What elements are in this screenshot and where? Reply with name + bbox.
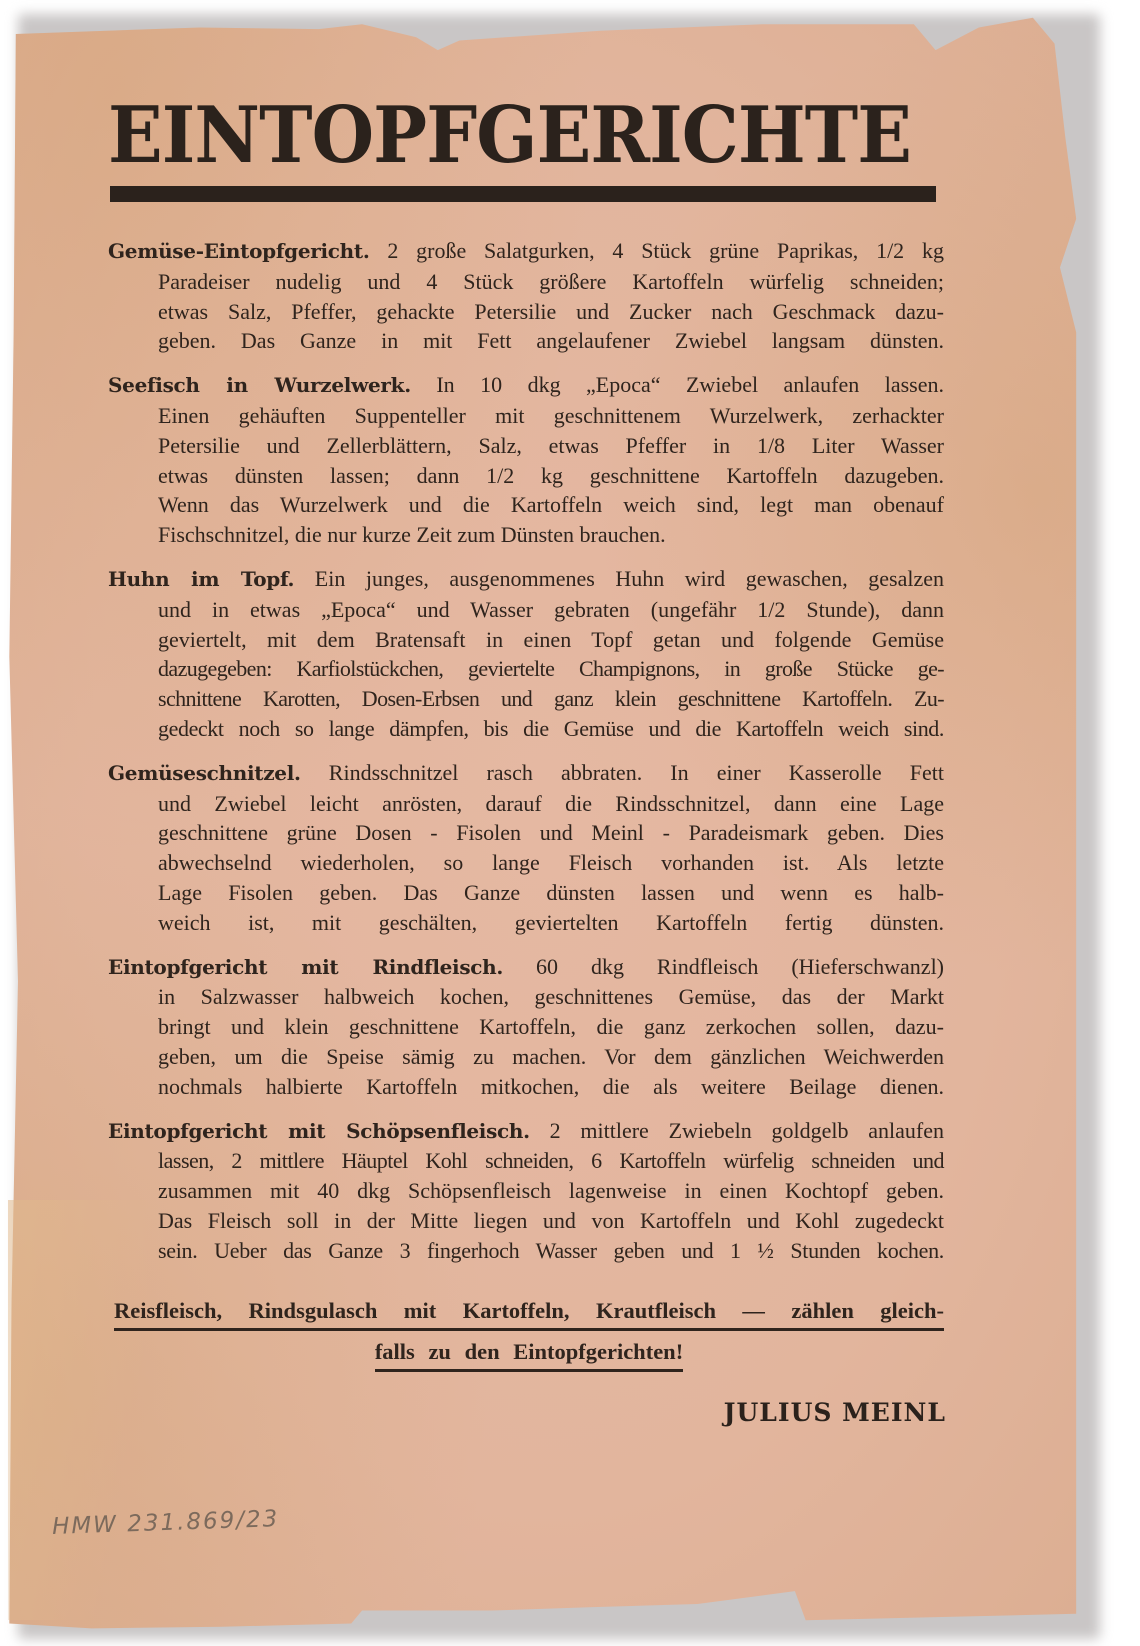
recipe-name: Gemüseschnitzel.	[108, 761, 301, 785]
recipe-line: weich ist, mit geschälten, geviertelten …	[108, 908, 944, 938]
recipe-line: Das Fleisch soll in der Mitte liegen und…	[108, 1206, 944, 1236]
recipe-line: Eintopfgericht mit Rindfleisch. 60 dkg R…	[108, 952, 944, 983]
recipe-line: Einen gehäuften Suppenteller mit geschni…	[108, 401, 944, 431]
recipe-line: abwechselnd wiederholen, so lange Fleisc…	[108, 848, 944, 878]
recipe-huhn-im-topf: Huhn im Topf. Ein junges, ausgenommenes …	[108, 564, 944, 744]
recipe-eintopfgericht-mit-schoepsenfleisch: Eintopfgericht mit Schöpsenfleisch. 2 mi…	[108, 1116, 944, 1266]
recipe-line: nochmals halbierte Kartoffeln mitkochen,…	[108, 1072, 944, 1102]
recipe-name: Seefisch in Wurzelwerk.	[108, 373, 411, 397]
recipe-line: geben. Das Ganze in mit Fett angelaufene…	[108, 326, 944, 356]
footer-note-line-2: falls zu den Eintopfgerichten!	[375, 1337, 683, 1372]
recipe-line: in Salzwasser halbweich kochen, geschnit…	[108, 982, 944, 1012]
recipe-name: Eintopfgericht mit Schöpsenfleisch.	[108, 1119, 530, 1143]
recipe-line: gedeckt noch so lange dämpfen, bis die G…	[108, 714, 944, 744]
recipe-line: Lage Fisolen geben. Das Ganze dünsten la…	[108, 878, 944, 908]
recipe-line: Wenn das Wurzelwerk und die Kartoffeln w…	[108, 490, 944, 520]
recipe-list: Gemüse-Eintopfgericht. 2 große Salatgurk…	[108, 236, 944, 1280]
footer-note-line-2-wrapper: falls zu den Eintopfgerichten!	[114, 1337, 944, 1372]
title-underline-rule	[110, 186, 936, 202]
document-title: EINTOPFGERICHTE	[108, 86, 872, 186]
recipe-line: geviertelt, mit dem Bratensaft in einen …	[108, 625, 944, 655]
recipe-name: Gemüse-Eintopfgericht.	[108, 239, 370, 263]
recipe-gemueseschnitzel: Gemüseschnitzel. Rindsschnitzel rasch ab…	[108, 758, 944, 938]
footer-note: Reisfleisch, Rindsgulasch mit Kartoffeln…	[114, 1296, 944, 1372]
recipe-line: Huhn im Topf. Ein junges, ausgenommenes …	[108, 564, 944, 595]
recipe-line: zusammen mit 40 dkg Schöpsenfleisch lage…	[108, 1176, 944, 1206]
recipe-line: Paradeiser nudelig und 4 Stück größere K…	[108, 267, 944, 297]
recipe-line: Petersilie und Zellerblättern, Salz, etw…	[108, 431, 944, 461]
recipe-line: bringt und klein geschnittene Kartoffeln…	[108, 1012, 944, 1042]
recipe-line: Eintopfgericht mit Schöpsenfleisch. 2 mi…	[108, 1116, 944, 1147]
recipe-line: geschnittene grüne Dosen - Fisolen und M…	[108, 818, 944, 848]
recipe-line: etwas dünsten lassen; dann 1/2 kg geschn…	[108, 461, 944, 491]
recipe-line: dazugegeben: Karfiolstückchen, geviertel…	[108, 654, 944, 684]
recipe-line: Seefisch in Wurzelwerk. In 10 dkg „Epoca…	[108, 370, 944, 401]
recipe-line: sein. Ueber das Ganze 3 fingerhoch Wasse…	[108, 1236, 944, 1266]
publisher-signature: JULIUS MEINL	[690, 1398, 946, 1427]
recipe-line: geben, um die Speise sämig zu machen. Vo…	[108, 1042, 944, 1072]
recipe-line: Gemüse-Eintopfgericht. 2 große Salatgurk…	[108, 236, 944, 267]
recipe-line: schnittene Karotten, Dosen-Erbsen und ga…	[108, 684, 944, 714]
recipe-line: Fischschnitzel, die nur kurze Zeit zum D…	[108, 520, 944, 550]
recipe-eintopfgericht-mit-rindfleisch: Eintopfgericht mit Rindfleisch. 60 dkg R…	[108, 952, 944, 1102]
recipe-name: Eintopfgericht mit Rindfleisch.	[108, 955, 503, 979]
recipe-gemuese-eintopfgericht: Gemüse-Eintopfgericht. 2 große Salatgurk…	[108, 236, 944, 356]
recipe-line: lassen, 2 mittlere Häuptel Kohl schneide…	[108, 1146, 944, 1176]
recipe-name: Huhn im Topf.	[108, 567, 294, 591]
recipe-line: etwas Salz, Pfeffer, gehackte Petersilie…	[108, 297, 944, 327]
recipe-line: und Zwiebel leicht anrösten, darauf die …	[108, 789, 944, 819]
footer-note-line-1: Reisfleisch, Rindsgulasch mit Kartoffeln…	[114, 1296, 944, 1331]
recipe-line: Gemüseschnitzel. Rindsschnitzel rasch ab…	[108, 758, 944, 789]
recipe-seefisch-in-wurzelwerk: Seefisch in Wurzelwerk. In 10 dkg „Epoca…	[108, 370, 944, 550]
recipe-line: und in etwas „Epoca“ und Wasser gebraten…	[108, 595, 944, 625]
